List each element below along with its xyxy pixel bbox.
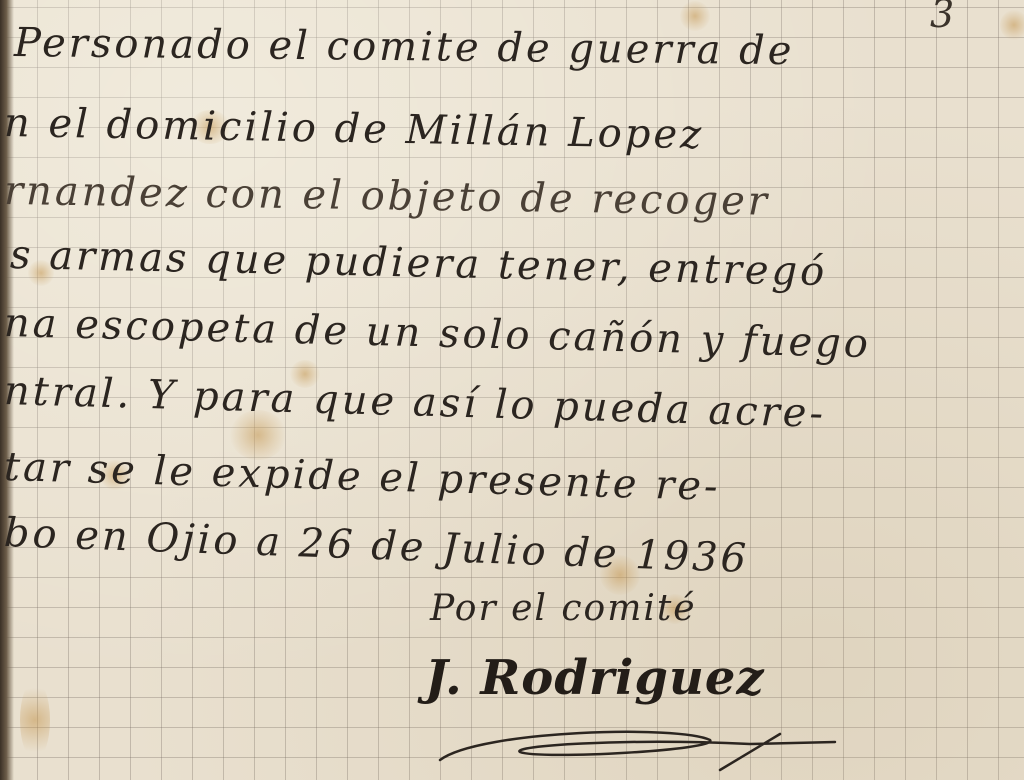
page-number: 3 bbox=[930, 0, 954, 36]
text-line-3: rnandez con el objeto de recoger bbox=[4, 168, 771, 225]
text-line-1: Personado el comite de guerra de bbox=[14, 20, 795, 74]
signature-flourish bbox=[420, 720, 840, 780]
stain bbox=[1000, 10, 1024, 40]
notebook-page: 3 Personado el comite de guerra de n el … bbox=[0, 0, 1024, 780]
text-line-4: s armas que pudiera tener, entregó bbox=[10, 232, 828, 295]
closing-line: Por el comité bbox=[430, 588, 697, 629]
text-line-5: na escopeta de un solo cañón y fuego bbox=[3, 300, 871, 367]
text-line-6: ntral. Y para que así lo pueda acre- bbox=[3, 368, 826, 437]
text-line-7: tar se le expide el presente re- bbox=[3, 444, 721, 510]
signature: J. Rodriguez bbox=[425, 650, 765, 706]
text-line-8: bo en Ojio a 26 de Julio de 1936 bbox=[3, 510, 750, 582]
text-line-2: n el domicilio de Millán Lopez bbox=[4, 100, 705, 158]
stain bbox=[20, 680, 50, 760]
